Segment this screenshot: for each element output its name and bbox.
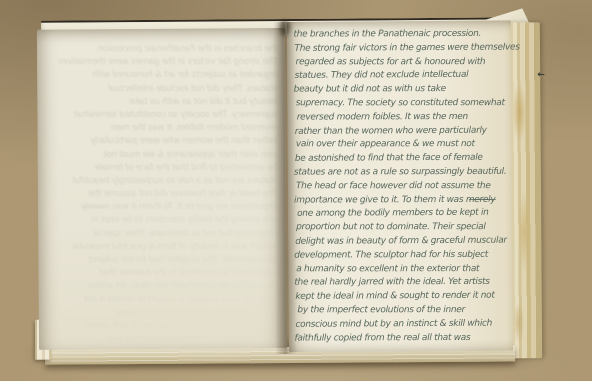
bleedthrough-text: the branches in the Panathenaic processi… [50, 43, 278, 346]
right-page: the branches in the Panathenaic processi… [287, 20, 513, 352]
bleedthrough-line: development. The sculptor had for his su… [50, 254, 278, 267]
left-page: the branches in the Panathenaic processi… [37, 28, 287, 350]
handwriting-line: statues are not as a rule so surpassingl… [294, 166, 506, 181]
handwriting-line: The head or face however did not assume … [296, 180, 506, 194]
handwriting-line: vain over their appearance & we must not [296, 138, 506, 152]
handwriting-line: delight was in beauty of form & graceful… [295, 235, 506, 250]
bleedthrough-line: the real hardly jarred with the ideal. Y… [50, 280, 278, 293]
bleedthrough-line: faithfully copied from the real all that… [50, 333, 278, 346]
bleedthrough-line: beauty but it did not as with us take [50, 96, 278, 109]
handwriting-line: the real hardly jarred with the ideal. Y… [294, 276, 506, 291]
notebook: the branches in the Panathenaic processi… [25, 10, 545, 368]
bleedthrough-line: be astonished to find that the face of f… [50, 162, 278, 175]
bleedthrough-line: rather than the women who were particula… [50, 135, 278, 148]
handwriting-line: supremacy. The society so constituted so… [296, 97, 506, 111]
handwriting-line: development. The sculptor had for his su… [294, 249, 506, 264]
handwriting-line: one among the bodily members to be kept … [297, 207, 506, 222]
handwriting-line: beauty but it did not as with us take [294, 83, 506, 98]
bleedthrough-line: kept the ideal in mind & sought to rende… [50, 293, 278, 306]
handwriting-line: the branches in the Panathenaic processi… [293, 28, 505, 43]
bleedthrough-line: a humanity so excellent in the exterior … [50, 267, 278, 280]
handwriting-line: The strong fair victors in the games wer… [294, 41, 505, 56]
handwriting-line: rather than the women who were particula… [295, 124, 506, 139]
bleedthrough-line: importance we give to it. To them it was… [50, 201, 278, 214]
bleedthrough-line: The strong fair victors in the games wer… [50, 56, 278, 69]
handwriting-line: a humanity so excellent in the exterior … [296, 263, 506, 277]
handwriting-line: faithfully copied from the real all that… [294, 331, 506, 346]
bleedthrough-line: supremacy. The society so constituted so… [50, 109, 278, 122]
bleedthrough-line: by the imperfect evolutions of the inner [50, 307, 278, 320]
handwriting-line: by the imperfect evolutions of the inner [297, 304, 506, 318]
handwriting-line: statues. They did not exclude intellectu… [295, 69, 506, 84]
handwriting-line: reversed modern foibles. It was the men [297, 111, 506, 126]
bleedthrough-line: delight was in beauty of form & graceful… [50, 241, 278, 254]
handwriting-line: conscious mind but by an instinct & skil… [295, 317, 506, 332]
bleedthrough-line: proportion but not to dominate. Their sp… [50, 227, 278, 240]
handwriting-line: be astonished to find that the face of f… [295, 152, 506, 167]
handwriting-line: regarded as subjects for art & honoured … [296, 56, 506, 70]
handwriting-line: proportion but not to dominate. Their sp… [296, 221, 506, 235]
handwriting-line: importance we give to it. To them it was… [294, 193, 506, 208]
bleedthrough-line: the branches in the Panathenaic processi… [50, 43, 278, 56]
gutter-shadow [273, 22, 297, 354]
gutter-fold-notch [280, 20, 290, 36]
bleedthrough-line: The head or face however did not assume … [50, 188, 278, 201]
bleedthrough-line: statues. They did not exclude intellectu… [50, 82, 278, 95]
handwriting-line: kept the ideal in mind & sought to rende… [295, 290, 506, 305]
margin-pen-mark: ← [537, 70, 545, 80]
bleedthrough-line: conscious mind but by an instinct & skil… [50, 320, 278, 333]
bleedthrough-line: regarded as subjects for art & honoured … [50, 69, 278, 82]
handwriting-text: the branches in the Panathenaic processi… [293, 28, 506, 346]
bleedthrough-line: vain over their appearance & we must not [50, 148, 278, 161]
bleedthrough-line: one among the bodily members to be kept … [50, 214, 278, 227]
bleedthrough-line: reversed modern foibles. It was the men [50, 122, 278, 135]
bleedthrough-line: statues are not as a rule so surpassingl… [50, 175, 278, 188]
